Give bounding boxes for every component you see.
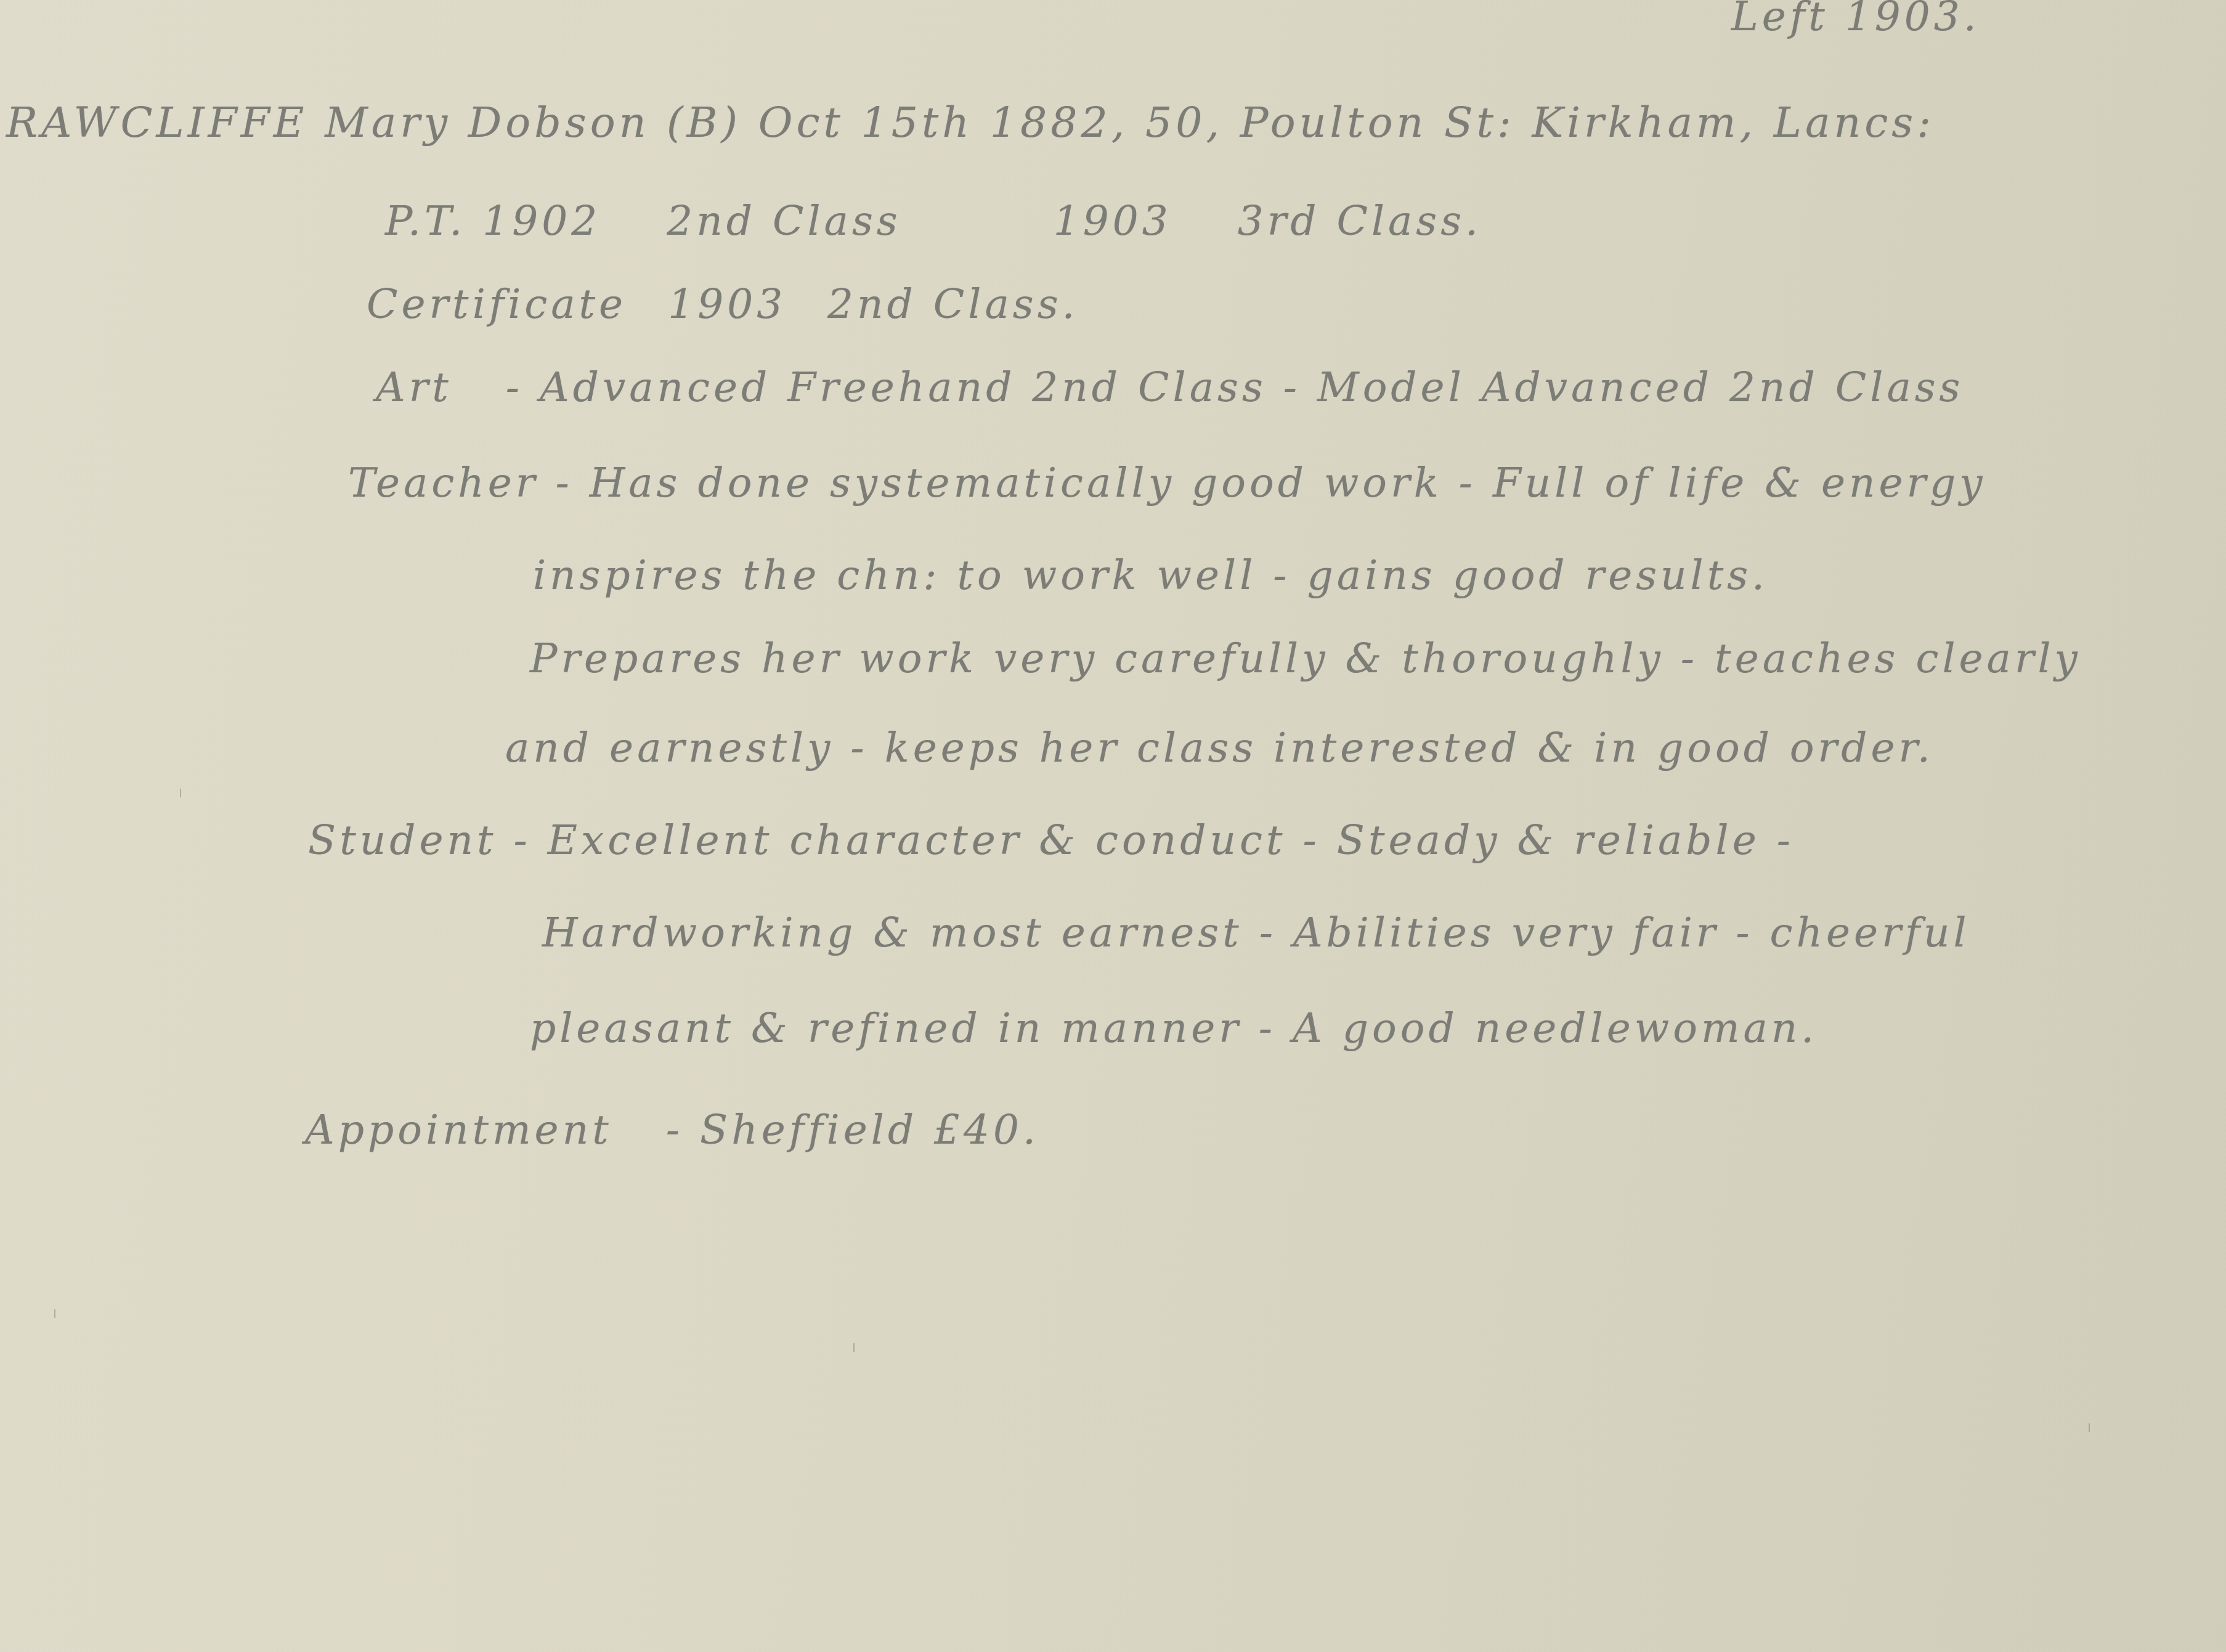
paper-fleck bbox=[2089, 1423, 2090, 1432]
art-text: - Advanced Freehand 2nd Class - Model Ad… bbox=[506, 364, 1964, 411]
pt-1903-result: 3rd Class. bbox=[1238, 197, 1482, 245]
certificate-label: Certificate bbox=[367, 280, 627, 328]
pt-1903-year: 1903 bbox=[1054, 197, 1172, 245]
paper-fleck bbox=[180, 789, 181, 797]
student-line-1: Student - Excellent character & conduct … bbox=[308, 816, 1794, 864]
student-line-2: Hardworking & most earnest - Abilities v… bbox=[542, 909, 1970, 956]
teacher-text-2: inspires the chn: to work well - gains g… bbox=[533, 551, 1768, 599]
student-text-1: - Excellent character & conduct - Steady… bbox=[514, 816, 1794, 864]
student-label: Student bbox=[308, 816, 497, 864]
teacher-text-3: Prepares her work very carefully & thoro… bbox=[530, 635, 2081, 682]
paper-fleck bbox=[853, 1343, 855, 1352]
student-line-3: pleasant & refined in manner - A good ne… bbox=[530, 1004, 1818, 1052]
appointment-line: Appointment - Sheffield £40. bbox=[305, 1106, 1039, 1154]
teacher-text-4: and earnestly - keeps her class interest… bbox=[505, 724, 1934, 771]
paper-fleck bbox=[54, 1309, 55, 1318]
birth-date: Oct 15th 1882, bbox=[758, 99, 1129, 147]
address: 50, Poulton St: Kirkham, Lancs: bbox=[1145, 99, 1935, 147]
appointment-text: - Sheffield £40. bbox=[666, 1106, 1039, 1154]
pt-1902-year: 1902 bbox=[482, 197, 601, 245]
pupil-teacher-exams: P.T. 1902 2nd Class 1903 3rd Class. bbox=[385, 197, 1482, 245]
teacher-line-3: Prepares her work very carefully & thoro… bbox=[530, 635, 2081, 682]
art-line: Art - Advanced Freehand 2nd Class - Mode… bbox=[376, 364, 1964, 411]
left-date-note: Left 1903. bbox=[1731, 0, 1980, 40]
entry-header: RAWCLIFFE Mary Dobson (B) Oct 15th 1882,… bbox=[6, 99, 1935, 147]
appointment-label: Appointment bbox=[305, 1106, 612, 1154]
student-text-2: Hardworking & most earnest - Abilities v… bbox=[542, 909, 1970, 956]
teacher-text-1: - Has done systematically good work - Fu… bbox=[555, 459, 1986, 507]
teacher-line-4: and earnestly - keeps her class interest… bbox=[505, 724, 1934, 771]
certificate-result: 2nd Class. bbox=[827, 280, 1078, 328]
marker: (B) bbox=[667, 99, 741, 147]
certificate-line: Certificate 1903 2nd Class. bbox=[367, 280, 1079, 328]
register-page: Left 1903. RAWCLIFFE Mary Dobson (B) Oct… bbox=[0, 0, 2226, 1652]
pt-1902-result: 2nd Class bbox=[667, 197, 901, 245]
certificate-year: 1903 bbox=[668, 280, 786, 328]
student-text-3: pleasant & refined in manner - A good ne… bbox=[530, 1004, 1818, 1052]
teacher-line-2: inspires the chn: to work well - gains g… bbox=[533, 551, 1768, 599]
teacher-line-1: Teacher - Has done systematically good w… bbox=[348, 459, 1986, 507]
art-label: Art bbox=[376, 364, 452, 411]
given-names: Mary Dobson bbox=[325, 99, 649, 147]
surname: RAWCLIFFE bbox=[6, 99, 308, 147]
left-date-text: Left 1903. bbox=[1731, 0, 1980, 40]
teacher-label: Teacher bbox=[348, 459, 538, 507]
pt-prefix: P.T. bbox=[385, 197, 466, 245]
